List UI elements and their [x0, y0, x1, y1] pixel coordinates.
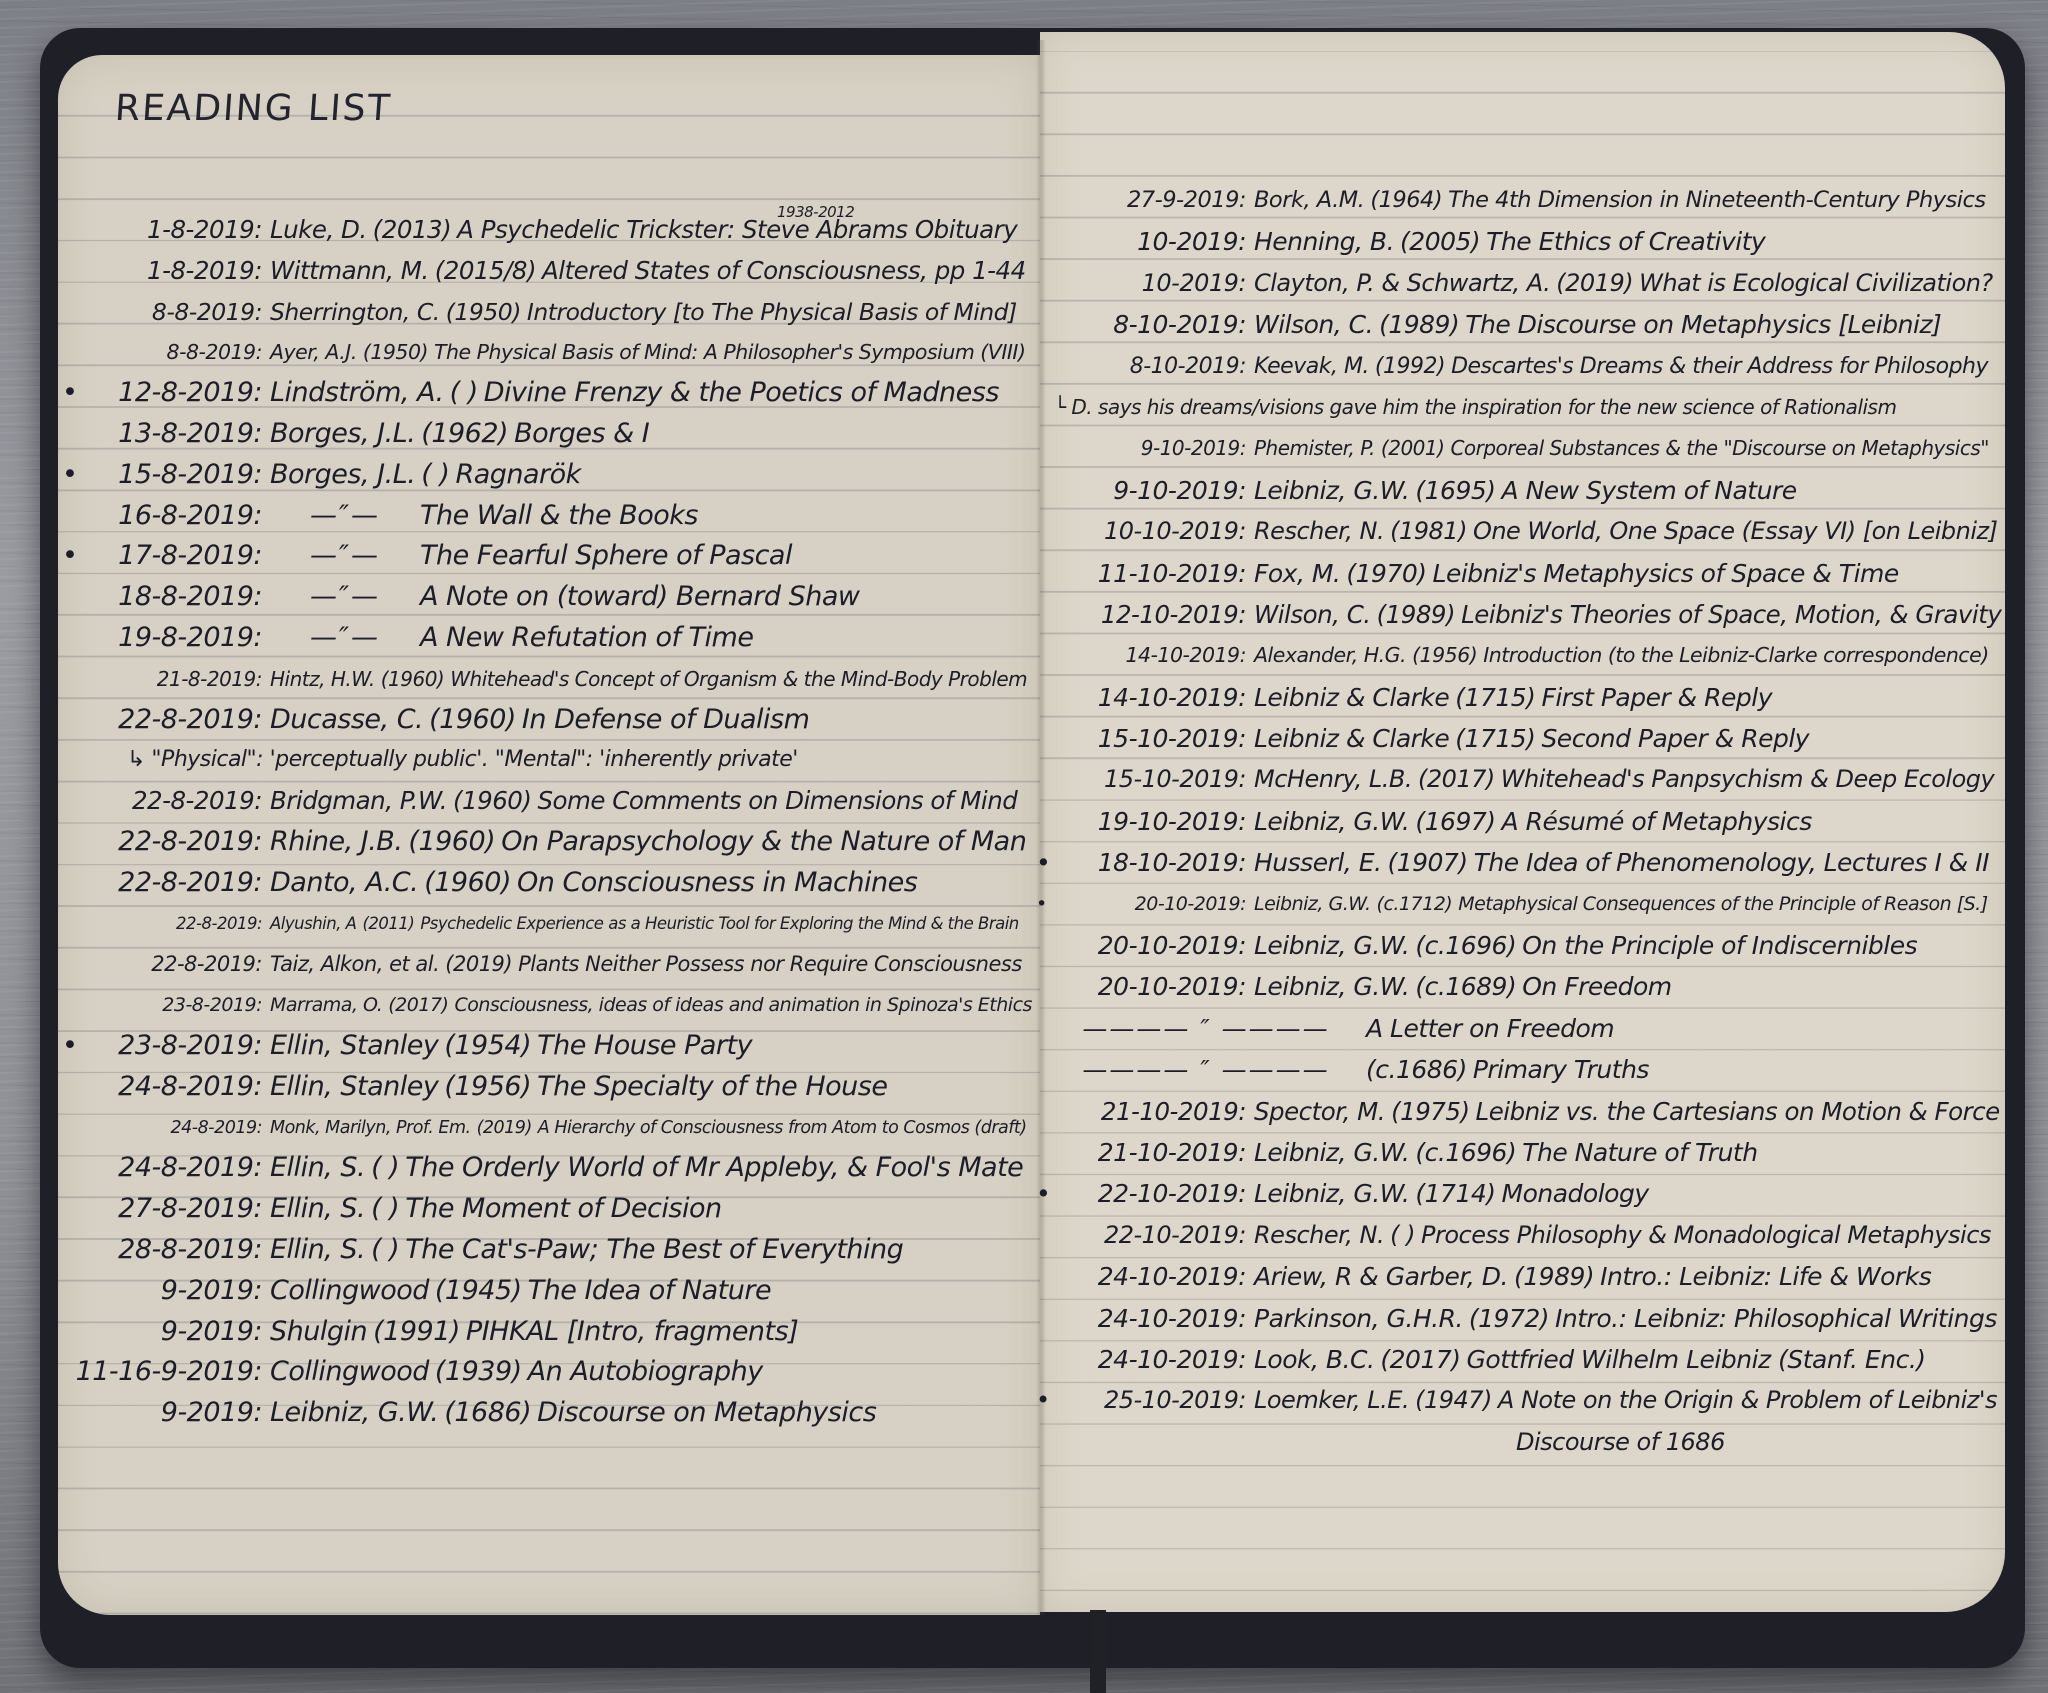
entry-title: The Cat's-Paw; The Best of Everything: [405, 1230, 903, 1271]
entry-title: Divine Frenzy & the Poetics of Madness: [484, 373, 999, 414]
entry-year: (1714): [1415, 1173, 1501, 1214]
list-item: 18-8-2019:—″—A Note on (toward) Bernard …: [72, 577, 1032, 618]
entry-year: (1960): [429, 700, 522, 741]
entry-year: ( ): [421, 455, 455, 496]
entry-author: Ellin, S.: [270, 1148, 371, 1189]
entry-year: (2011): [362, 904, 420, 945]
entry-author: Parkinson, G.H.R.: [1254, 1298, 1469, 1339]
entry-year: (2019): [477, 1108, 538, 1149]
entry-title: Leibniz vs. the Cartesians on Motion & F…: [1476, 1091, 2000, 1132]
page-title: READING LIST: [114, 88, 393, 129]
entry-date: 20-10-2019:: [1046, 966, 1254, 1007]
entry-date: 22-8-2019:: [72, 700, 270, 741]
right-page-entry-list: 27-9-2019:Bork, A.M.(1964)The 4th Dimens…: [1046, 180, 2001, 1463]
bullet-dot-icon: •: [62, 373, 77, 414]
entry-author: Ellin, S.: [270, 1230, 371, 1271]
entry-date: 13-8-2019:: [72, 414, 270, 455]
entry-author: Leibniz, G.W.: [1254, 884, 1377, 925]
ditto-mark: —″—: [270, 496, 420, 537]
entry-author: Luke, D.: [270, 210, 373, 251]
entry-date: 8-10-2019:: [1046, 304, 1254, 345]
list-item: 13-8-2019:Borges, J.L.(1962)Borges & I: [72, 414, 1032, 455]
list-item: •15-8-2019:Borges, J.L.( )Ragnarök: [72, 455, 1032, 496]
entry-year: (2001): [1381, 428, 1451, 469]
entry-title: First Paper & Reply: [1541, 677, 1772, 718]
entry-author: Hintz, H.W.: [270, 659, 381, 700]
entry-year: (1992): [1375, 346, 1451, 387]
entry-date: 14-10-2019:: [1046, 677, 1254, 718]
entry-title: On Consciousness in Machines: [517, 863, 917, 904]
list-item: 28-8-2019:Ellin, S.( )The Cat's-Paw; The…: [72, 1230, 1032, 1271]
entry-author: Lindström, A.: [270, 373, 450, 414]
bullet-dot-icon: •: [1036, 1380, 1050, 1421]
list-item: 11-10-2019:Fox, M.(1970)Leibniz's Metaph…: [1046, 553, 2001, 594]
entry-title: The Wall & the Books: [420, 496, 698, 537]
entry-year: (2017): [1418, 759, 1501, 800]
entry-year: (1697): [1415, 801, 1501, 842]
entry-date: 11-16-9-2019:: [72, 1352, 270, 1393]
entry-author: Marrama, O.: [270, 985, 388, 1026]
entry-author: Ariew, R & Garber, D.: [1254, 1256, 1514, 1297]
entry-title: The Nature of Truth: [1522, 1132, 1757, 1173]
list-item: 24-8-2019:Monk, Marilyn, Prof. Em.(2019)…: [72, 1108, 1032, 1149]
entry-date: 19-8-2019:: [72, 618, 270, 659]
entry-author: Rescher, N.: [1254, 511, 1390, 552]
list-item: 22-8-2019:Danto, A.C.(1960)On Consciousn…: [72, 863, 1032, 904]
entry-author: Wittmann, M.: [270, 251, 435, 292]
entry-author: Bridgman, P.W.: [270, 781, 453, 822]
entry-date: 24-8-2019:: [72, 1148, 270, 1189]
entry-date: 14-10-2019:: [1046, 635, 1254, 676]
entry-title: Intro.: Leibniz: Philosophical Writings: [1555, 1298, 1997, 1339]
entry-year: (1956): [1412, 635, 1483, 676]
entry-title: The Specialty of the House: [537, 1067, 887, 1108]
entry-year: (1956): [444, 1067, 537, 1108]
list-item: 11-16-9-2019:Collingwood(1939)An Autobio…: [72, 1352, 1032, 1393]
entry-author: Shulgin: [270, 1312, 373, 1353]
entry-annotation: 1938-2012: [777, 192, 854, 233]
entry-author: Collingwood: [270, 1271, 435, 1312]
entry-author: Keevak, M.: [1254, 346, 1375, 387]
entry-year: (2019): [1556, 263, 1639, 304]
entry-year: (1970): [1346, 553, 1432, 594]
list-item: 10-10-2019:Rescher, N.(1981)One World, O…: [1046, 511, 2001, 552]
entry-title: Some Comments on Dimensions of Mind: [537, 781, 1017, 822]
entry-title: The Moment of Decision: [405, 1189, 721, 1230]
entry-title: The Fearful Sphere of Pascal: [420, 536, 792, 577]
entry-date: 23-8-2019:: [72, 1026, 270, 1067]
entry-title: Primary Truths: [1473, 1049, 1649, 1090]
bookmark-ribbon: [1090, 1610, 1106, 1693]
entry-date: 9-10-2019:: [1046, 470, 1254, 511]
entry-year: (1989): [1514, 1256, 1600, 1297]
entry-date: 22-8-2019:: [72, 781, 270, 822]
ditto-mark: ———— ″ ————: [1046, 1008, 1366, 1049]
entry-title: Consciousness, ideas of ideas and animat…: [454, 985, 1031, 1026]
entry-date: 10-2019:: [1046, 263, 1254, 304]
entry-title: Whitehead's Concept of Organism & the Mi…: [450, 659, 1027, 700]
entry-title: Leibniz's Metaphysics of Space & Time: [1433, 553, 1899, 594]
entry-year: ( ): [371, 1148, 405, 1189]
entry-title: On Freedom: [1522, 966, 1671, 1007]
list-item: 27-9-2019:Bork, A.M.(1964)The 4th Dimens…: [1046, 180, 2001, 221]
entry-date: 16-8-2019:: [72, 496, 270, 537]
list-item: 21-10-2019:Spector, M.(1975)Leibniz vs. …: [1046, 1091, 2001, 1132]
entry-author: Leibniz, G.W.: [1254, 1173, 1415, 1214]
entry-date: 18-8-2019:: [72, 577, 270, 618]
entry-author: Ducasse, C.: [270, 700, 429, 741]
list-item: 22-8-2019:Taiz, Alkon, et al.(2019)Plant…: [72, 944, 1032, 985]
entry-year: (c.1686): [1366, 1049, 1473, 1090]
entry-author: Bork, A.M.: [1254, 180, 1370, 221]
list-item: 9-10-2019:Phemister, P.(2001)Corporeal S…: [1046, 428, 2001, 469]
entry-date: 22-8-2019:: [72, 944, 270, 985]
list-item: 8-10-2019:Wilson, C.(1989)The Discourse …: [1046, 304, 2001, 345]
entry-date: 24-10-2019:: [1046, 1298, 1254, 1339]
entry-title: On the Principle of Indiscernibles: [1522, 925, 1917, 966]
entry-author: Leibniz, G.W.: [1254, 966, 1415, 1007]
entry-date: 8-8-2019:: [72, 292, 270, 333]
entry-author: Alexander, H.G.: [1254, 635, 1412, 676]
list-item: •12-8-2019:Lindström, A.( )Divine Frenzy…: [72, 373, 1032, 414]
continuation-text: Discourse of 1686: [1516, 1422, 1725, 1463]
entry-author: Danto, A.C.: [270, 863, 424, 904]
entry-year: (1695): [1415, 470, 1501, 511]
entry-author: Borges, J.L.: [270, 455, 421, 496]
list-item: 1-8-2019:Luke, D.(2013)A Psychedelic Tri…: [72, 210, 1032, 251]
entry-title: Gottfried Wilhelm Leibniz (Stanf. Enc.): [1467, 1339, 1926, 1380]
note-text: └ D. says his dreams/visions gave him th…: [1054, 387, 1896, 428]
list-item: •18-10-2019:Husserl, E.(1907)The Idea of…: [1046, 842, 2001, 883]
entry-date: 24-10-2019:: [1046, 1339, 1254, 1380]
entry-author: Leibniz & Clarke: [1254, 718, 1455, 759]
entry-author: Borges, J.L.: [270, 414, 421, 455]
entry-author: Loemker, L.E.: [1254, 1380, 1415, 1421]
entry-title: Leibniz's Theories of Space, Motion, & G…: [1461, 594, 2001, 635]
entry-year: (1954): [444, 1026, 537, 1067]
entry-date: 15-10-2019:: [1046, 759, 1254, 800]
entry-author: Sherrington, C.: [270, 292, 446, 333]
entry-date: 22-10-2019:: [1046, 1215, 1254, 1256]
entry-date: 20-10-2019:: [1046, 884, 1254, 925]
entry-author: Wilson, C.: [1254, 594, 1377, 635]
entry-author: Spector, M.: [1254, 1091, 1391, 1132]
entry-year: ( ): [1390, 1215, 1421, 1256]
entry-date: 10-2019:: [1046, 221, 1254, 262]
entry-title: The 4th Dimension in Nineteenth-Century …: [1448, 180, 1985, 221]
list-item: •17-8-2019:—″—The Fearful Sphere of Pasc…: [72, 536, 1032, 577]
list-item: 9-2019:Shulgin(1991)PIHKAL [Intro, fragm…: [72, 1312, 1032, 1353]
entry-author: McHenry, L.B.: [1254, 759, 1418, 800]
entry-author: Monk, Marilyn, Prof. Em.: [270, 1108, 477, 1149]
entry-date: 24-8-2019:: [72, 1108, 270, 1149]
entry-title: Plants Neither Possess nor Require Consc…: [518, 944, 1022, 985]
entry-date: 28-8-2019:: [72, 1230, 270, 1271]
entry-year: (1939): [435, 1352, 528, 1393]
entry-title: The Idea of Nature: [528, 1271, 771, 1312]
list-item: •22-10-2019:Leibniz, G.W.(1714)Monadolog…: [1046, 1173, 2001, 1214]
entry-year: (2013): [373, 210, 457, 251]
entry-title: PIHKAL [Intro, fragments]: [466, 1312, 798, 1353]
entry-title: Monadology: [1502, 1173, 1649, 1214]
bullet-dot-icon: •: [62, 1026, 77, 1067]
list-item: ———— ″ ————(c.1686)Primary Truths: [1046, 1049, 2001, 1090]
ditto-mark: —″—: [270, 536, 420, 577]
entry-author: Henning, B.: [1254, 221, 1400, 262]
entry-date: 22-8-2019:: [72, 863, 270, 904]
entry-year: (1964): [1370, 180, 1448, 221]
ditto-mark: —″—: [270, 618, 420, 659]
entry-title: A Letter on Freedom: [1366, 1008, 1614, 1049]
list-item: 23-8-2019:Marrama, O.(2017)Consciousness…: [72, 985, 1032, 1026]
list-item: 21-8-2019:Hintz, H.W.(1960)Whitehead's C…: [72, 659, 1032, 700]
entry-author: Collingwood: [270, 1352, 435, 1393]
list-item: 24-10-2019:Parkinson, G.H.R.(1972)Intro.…: [1046, 1298, 2001, 1339]
list-item: 22-10-2019:Rescher, N.( )Process Philoso…: [1046, 1215, 2001, 1256]
entry-year: ( ): [371, 1230, 405, 1271]
entry-author: Rescher, N.: [1254, 1215, 1390, 1256]
entry-author: Ellin, Stanley: [270, 1067, 444, 1108]
left-page-entry-list: 1-8-2019:Luke, D.(2013)A Psychedelic Tri…: [72, 210, 1032, 1434]
entry-year: (1991): [373, 1312, 466, 1353]
list-item: 10-2019:Henning, B.(2005)The Ethics of C…: [1046, 221, 2001, 262]
bullet-dot-icon: •: [62, 455, 77, 496]
entry-title: Introductory [to The Physical Basis of M…: [527, 292, 1017, 333]
entry-author: Alyushin, A: [270, 904, 362, 945]
entry-year: (1907): [1387, 842, 1473, 883]
bullet-dot-icon: •: [1036, 842, 1050, 883]
entry-year: (1715): [1455, 718, 1541, 759]
entry-date: 9-10-2019:: [1046, 428, 1254, 469]
list-item: 12-10-2019:Wilson, C.(1989)Leibniz's The…: [1046, 594, 2001, 635]
entry-year: ( ): [450, 373, 484, 414]
entry-date: 15-8-2019:: [72, 455, 270, 496]
list-item: 9-2019:Leibniz, G.W.(1686)Discourse on M…: [72, 1393, 1032, 1434]
entry-date: 1-8-2019:: [72, 251, 270, 292]
entry-author: Ayer, A.J.: [270, 332, 363, 373]
entry-date: 24-8-2019:: [72, 1067, 270, 1108]
entry-year: (2019): [445, 944, 518, 985]
entry-author: Ellin, Stanley: [270, 1026, 444, 1067]
entry-year: ( ): [371, 1189, 405, 1230]
entry-date: 22-10-2019:: [1046, 1173, 1254, 1214]
list-item: 21-10-2019:Leibniz, G.W.(c.1696)The Natu…: [1046, 1132, 2001, 1173]
entry-title: Metaphysical Consequences of the Princip…: [1458, 884, 1987, 925]
entry-date: 21-10-2019:: [1046, 1091, 1254, 1132]
entry-year: (1947): [1415, 1380, 1498, 1421]
list-item: •25-10-2019:Loemker, L.E.(1947)A Note on…: [1046, 1380, 2001, 1421]
entry-title: Psychedelic Experience as a Heuristic To…: [420, 904, 1018, 945]
list-item: 15-10-2019:Leibniz & Clarke(1715)Second …: [1046, 718, 2001, 759]
entry-author: Leibniz, G.W.: [1254, 1132, 1415, 1173]
entry-year: (1962): [421, 414, 514, 455]
entry-title: Discourse on Metaphysics: [537, 1393, 876, 1434]
entry-year: (1715): [1455, 677, 1541, 718]
entry-date: 19-10-2019:: [1046, 801, 1254, 842]
entry-year: (2017): [1380, 1339, 1466, 1380]
list-item: 14-10-2019:Alexander, H.G.(1956)Introduc…: [1046, 635, 2001, 676]
entry-date: 18-10-2019:: [1046, 842, 1254, 883]
entry-year: (c.1696): [1415, 925, 1522, 966]
list-item: 24-8-2019:Ellin, S.( )The Orderly World …: [72, 1148, 1032, 1189]
entry-date: 9-2019:: [72, 1393, 270, 1434]
entry-title: Second Paper & Reply: [1541, 718, 1809, 759]
entry-date: 12-8-2019:: [72, 373, 270, 414]
entry-continuation: Discourse of 1686: [1046, 1422, 2001, 1463]
entry-title: What is Ecological Civilization?: [1639, 263, 1993, 304]
list-item: 8-8-2019:Sherrington, C.(1950)Introducto…: [72, 292, 1032, 333]
entry-date: 8-8-2019:: [72, 332, 270, 373]
list-item: 1-8-2019:Wittmann, M.(2015/8)Altered Sta…: [72, 251, 1032, 292]
entry-year: (1950): [363, 332, 434, 373]
list-item: 9-2019:Collingwood(1945)The Idea of Natu…: [72, 1271, 1032, 1312]
entry-date: 10-10-2019:: [1046, 511, 1254, 552]
entry-title: The Physical Basis of Mind: A Philosophe…: [434, 332, 1025, 373]
entry-date: 9-2019:: [72, 1271, 270, 1312]
entry-year: (1972): [1469, 1298, 1555, 1339]
entry-title: Descartes's Dreams & their Address for P…: [1451, 346, 1988, 387]
list-item: 15-10-2019:McHenry, L.B.(2017)Whitehead'…: [1046, 759, 2001, 800]
entry-date: 21-8-2019:: [72, 659, 270, 700]
entry-title: A New System of Nature: [1502, 470, 1797, 511]
list-item: ———— ″ ————A Letter on Freedom: [1046, 1008, 2001, 1049]
entry-year: (1989): [1379, 304, 1465, 345]
entry-date: 24-10-2019:: [1046, 1256, 1254, 1297]
note-text: ↳ "Physical": 'perceptually public'. "Me…: [127, 740, 798, 781]
entry-title: A Note on the Origin & Problem of Leibni…: [1498, 1380, 1997, 1421]
entry-author: Fox, M.: [1254, 553, 1346, 594]
entry-title: Borges & I: [514, 414, 649, 455]
list-item: 20-10-2019:Leibniz, G.W.(c.1696)On the P…: [1046, 925, 2001, 966]
entry-author: Leibniz, G.W.: [1254, 925, 1415, 966]
entry-title: The Idea of Phenomenology, Lectures I & …: [1474, 842, 1989, 883]
list-item: 24-10-2019:Look, B.C.(2017)Gottfried Wil…: [1046, 1339, 2001, 1380]
list-item: 22-8-2019:Ducasse, C.(1960)In Defense of…: [72, 700, 1032, 741]
entry-title: Ragnarök: [455, 455, 580, 496]
entry-date: 11-10-2019:: [1046, 553, 1254, 594]
entry-title: A Note on (toward) Bernard Shaw: [420, 577, 859, 618]
list-item: 20-10-2019:Leibniz, G.W.(c.1689)On Freed…: [1046, 966, 2001, 1007]
entry-year: (2015/8): [435, 251, 542, 292]
entry-year: (c.1689): [1415, 966, 1522, 1007]
entry-date: 22-8-2019:: [72, 822, 270, 863]
entry-author: Leibniz, G.W.: [270, 1393, 444, 1434]
entry-title: Process Philosophy & Monadological Metap…: [1421, 1215, 1991, 1256]
entry-title: A New Refutation of Time: [420, 618, 753, 659]
entry-title: Intro.: Leibniz: Life & Works: [1600, 1256, 1931, 1297]
bullet-dot-icon: •: [1036, 884, 1047, 925]
entry-author: Look, B.C.: [1254, 1339, 1380, 1380]
entry-year: (c.1696): [1415, 1132, 1522, 1173]
entry-author: Wilson, C.: [1254, 304, 1379, 345]
list-item: •23-8-2019:Ellin, Stanley(1954)The House…: [72, 1026, 1032, 1067]
bullet-dot-icon: •: [62, 536, 77, 577]
list-item: 9-10-2019:Leibniz, G.W.(1695)A New Syste…: [1046, 470, 2001, 511]
entry-author: Husserl, E.: [1254, 842, 1387, 883]
entry-year: (c.1712): [1377, 884, 1459, 925]
entry-title: An Autobiography: [528, 1352, 763, 1393]
entry-date: 15-10-2019:: [1046, 718, 1254, 759]
margin-note: ↳ "Physical": 'perceptually public'. "Me…: [72, 740, 1032, 781]
entry-year: (2005): [1400, 221, 1486, 262]
entry-title: A Résumé of Metaphysics: [1502, 801, 1812, 842]
entry-date: 20-10-2019:: [1046, 925, 1254, 966]
list-item: 16-8-2019:—″—The Wall & the Books: [72, 496, 1032, 537]
entry-date: 27-9-2019:: [1046, 180, 1254, 221]
entry-title: Altered States of Consciousness, pp 1-44: [542, 251, 1026, 292]
entry-author: Phemister, P.: [1254, 428, 1381, 469]
entry-year: (1950): [446, 292, 527, 333]
list-item: 8-8-2019:Ayer, A.J.(1950)The Physical Ba…: [72, 332, 1032, 373]
entry-year: (1960): [381, 659, 451, 700]
entry-year: (1686): [444, 1393, 537, 1434]
ditto-mark: —″—: [270, 577, 420, 618]
list-item: 24-10-2019:Ariew, R & Garber, D.(1989)In…: [1046, 1256, 2001, 1297]
list-item: 24-8-2019:Ellin, Stanley(1956)The Specia…: [72, 1067, 1032, 1108]
entry-date: 21-10-2019:: [1046, 1132, 1254, 1173]
entry-year: (1960): [424, 863, 517, 904]
entry-author: Ellin, S.: [270, 1189, 371, 1230]
entry-year: (2017): [388, 985, 454, 1026]
entry-title: One World, One Space (Essay VI) [on Leib…: [1473, 511, 1998, 552]
entry-title: The Orderly World of Mr Appleby, & Fool'…: [405, 1148, 1023, 1189]
entry-title: The House Party: [537, 1026, 752, 1067]
entry-date: 9-2019:: [72, 1312, 270, 1353]
entry-date: 22-8-2019:: [72, 904, 270, 945]
entry-year: (1975): [1391, 1091, 1475, 1132]
ditto-mark: ———— ″ ————: [1046, 1049, 1366, 1090]
entry-date: 8-10-2019:: [1046, 346, 1254, 387]
entry-author: Taiz, Alkon, et al.: [270, 944, 445, 985]
entry-title: The Ethics of Creativity: [1486, 221, 1765, 262]
list-item: 10-2019:Clayton, P. & Schwartz, A.(2019)…: [1046, 263, 2001, 304]
list-item: 8-10-2019:Keevak, M.(1992)Descartes's Dr…: [1046, 346, 2001, 387]
entry-date: 23-8-2019:: [72, 985, 270, 1026]
list-item: 19-8-2019:—″—A New Refutation of Time: [72, 618, 1032, 659]
entry-year: (1989): [1377, 594, 1461, 635]
entry-year: (1945): [435, 1271, 528, 1312]
list-item: 22-8-2019:Bridgman, P.W.(1960)Some Comme…: [72, 781, 1032, 822]
notebook-spine-gutter: [1036, 40, 1046, 1615]
entry-date: 12-10-2019:: [1046, 594, 1254, 635]
entry-author: Leibniz, G.W.: [1254, 801, 1415, 842]
entry-author: Leibniz, G.W.: [1254, 470, 1415, 511]
entry-year: (1960): [408, 822, 501, 863]
entry-title: Introduction (to the Leibniz-Clarke corr…: [1483, 635, 1988, 676]
entry-date: 17-8-2019:: [72, 536, 270, 577]
entry-author: Leibniz & Clarke: [1254, 677, 1455, 718]
list-item: 22-8-2019:Alyushin, A(2011)Psychedelic E…: [72, 904, 1032, 945]
entry-year: (1960): [453, 781, 537, 822]
entry-title: A Hierarchy of Consciousness from Atom t…: [538, 1108, 1027, 1149]
entry-title: A Psychedelic Trickster: Steve Abrams Ob…: [457, 210, 1017, 251]
list-item: 19-10-2019:Leibniz, G.W.(1697)A Résumé o…: [1046, 801, 2001, 842]
list-item: 22-8-2019:Rhine, J.B.(1960)On Parapsycho…: [72, 822, 1032, 863]
bullet-dot-icon: •: [1036, 1173, 1050, 1214]
entry-date: 25-10-2019:: [1046, 1380, 1254, 1421]
entry-author: Rhine, J.B.: [270, 822, 408, 863]
entry-title: On Parapsychology & the Nature of Man: [501, 822, 1026, 863]
margin-note: └ D. says his dreams/visions gave him th…: [1046, 387, 2001, 428]
entry-date: 1-8-2019:: [72, 210, 270, 251]
list-item: 14-10-2019:Leibniz & Clarke(1715)First P…: [1046, 677, 2001, 718]
entry-year: (1981): [1390, 511, 1473, 552]
entry-title: In Defense of Dualism: [522, 700, 809, 741]
entry-title: Whitehead's Panpsychism & Deep Ecology: [1501, 759, 1994, 800]
entry-title: Corporeal Substances & the "Discourse on…: [1450, 428, 1989, 469]
entry-date: 27-8-2019:: [72, 1189, 270, 1230]
list-item: •20-10-2019:Leibniz, G.W.(c.1712)Metaphy…: [1046, 884, 2001, 925]
